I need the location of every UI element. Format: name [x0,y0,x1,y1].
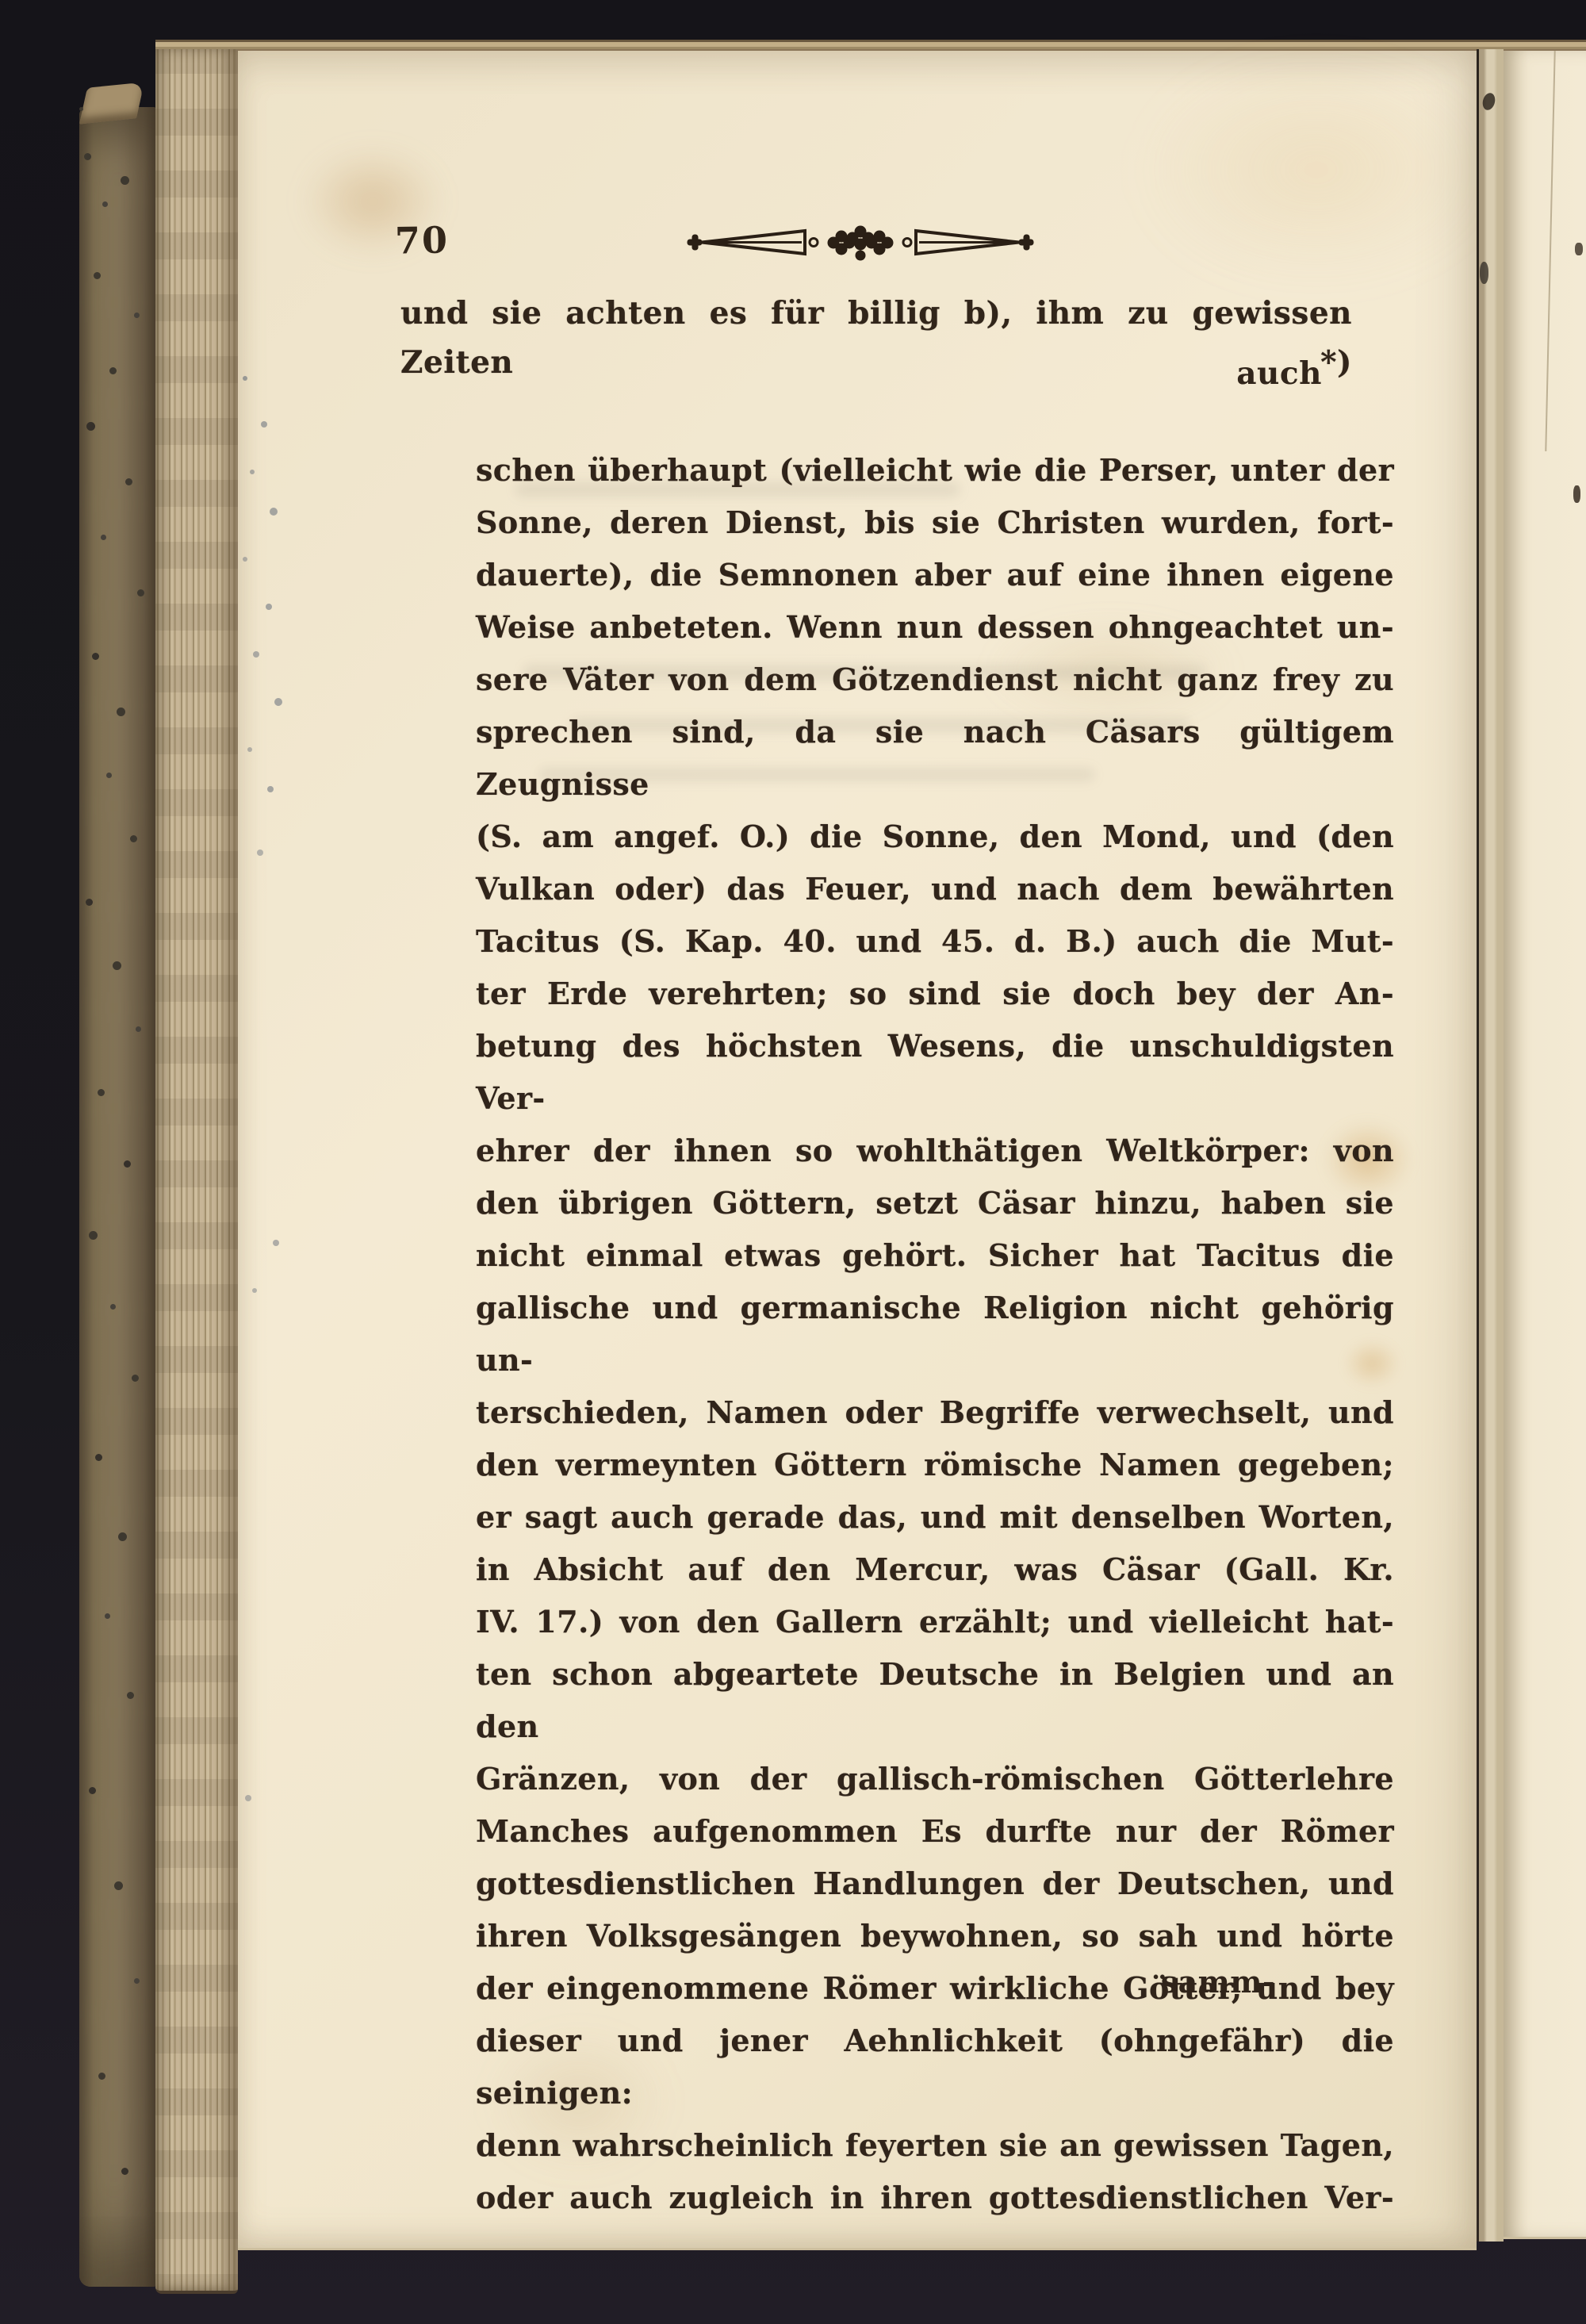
text-line: ehrer der ihnen so wohlthätigen Weltkörp… [476,1125,1394,1177]
text-line: ten schon abgeartete Deutsche in Belgien… [476,1648,1394,1753]
text-line: schen überhaupt (vielleicht wie die Pers… [476,444,1394,497]
leather-speckles [79,107,83,111]
text-line: Manches aufgenommen Es durfte nur der Rö… [476,1805,1394,1858]
text-line: ter Erde verehrten; so sind sie doch bey… [476,968,1394,1020]
text-line: Sonne, deren Dienst, bis sie Christen wu… [476,497,1394,549]
text-line: gallische und germanische Religion nicht… [476,1282,1394,1386]
text-line: den vermeynten Göttern römische Namen ge… [476,1439,1394,1491]
page-catchword: samm- [476,1964,1394,2000]
next-page-sliver [1504,49,1586,2239]
paper-crack-line [1545,51,1555,451]
text-line: oder auch zugleich in ihren gottesdienst… [476,2172,1394,2224]
edge-mark [1573,485,1580,503]
text-line: sere Väter von dem Götzendienst nicht ga… [476,654,1394,706]
book-page: 70 [238,49,1477,2250]
book: 70 [79,40,1586,2288]
header-catchword: auch [400,355,1322,392]
text-line: IV. 17.) von den Gallern erzählt; und vi… [476,1596,1394,1648]
text-line: dieser und jener Aehnlichkeit (ohngefähr… [476,2015,1394,2119]
text-line: nicht einmal etwas gehört. Sicher hat Ta… [476,1229,1394,1282]
stain [1150,67,1483,273]
mold-specks [243,376,247,381]
text-line: terschieden, Namen oder Begriffe verwech… [476,1386,1394,1439]
scanned-book-photo: { "page": { "number": "70", "ornament": … [0,0,1586,2324]
text-line: dauerte), die Semnonen aber auf eine ihn… [476,549,1394,601]
book-spine-leather [79,107,155,2287]
text-line: denn wahrscheinlich feyerten sie an gewi… [476,2119,1394,2172]
text-line: (S. am angef. O.) die Sonne, den Mond, u… [476,811,1394,863]
text-line: Vulkan oder) das Feuer, und nach dem bew… [476,863,1394,915]
text-line: Tacitus (S. Kap. 40. und 45. d. B.) auch… [476,915,1394,968]
fleuron-divider-ornament [686,221,1035,265]
text-line: Weise anbeteten. Wenn nun dessen ohngeac… [476,601,1394,654]
text-line: sprechen sind, da sie nach Cäsars gültig… [476,706,1394,811]
text-line: betung des höchsten Wesens, die unschuld… [476,1020,1394,1125]
ink-blot [1480,262,1488,284]
edge-mark [1575,243,1583,255]
text-line: in Absicht auf den Mercur, was Cäsar (Ga… [476,1544,1394,1596]
text-line: den übrigen Göttern, setzt Cäsar hinzu, … [476,1177,1394,1229]
text-line: gottesdienstlichen Handlungen der Deutsc… [476,1858,1394,1910]
stacked-page-edges [155,44,238,2294]
text-line: Gränzen, von der gallisch-römischen Gött… [476,1753,1394,1805]
book-top-edge [155,40,1586,49]
page-number: 70 [395,218,450,262]
note-block: schen überhaupt (vielleicht wie die Pers… [476,444,1394,2224]
page-gutter-groove [1477,49,1504,2242]
ink-blot [1481,91,1496,111]
text-line: ihren Volksgesängen beywohnen, so sah un… [476,1910,1394,1962]
text-line: er sagt auch gerade das, und mit denselb… [476,1491,1394,1544]
